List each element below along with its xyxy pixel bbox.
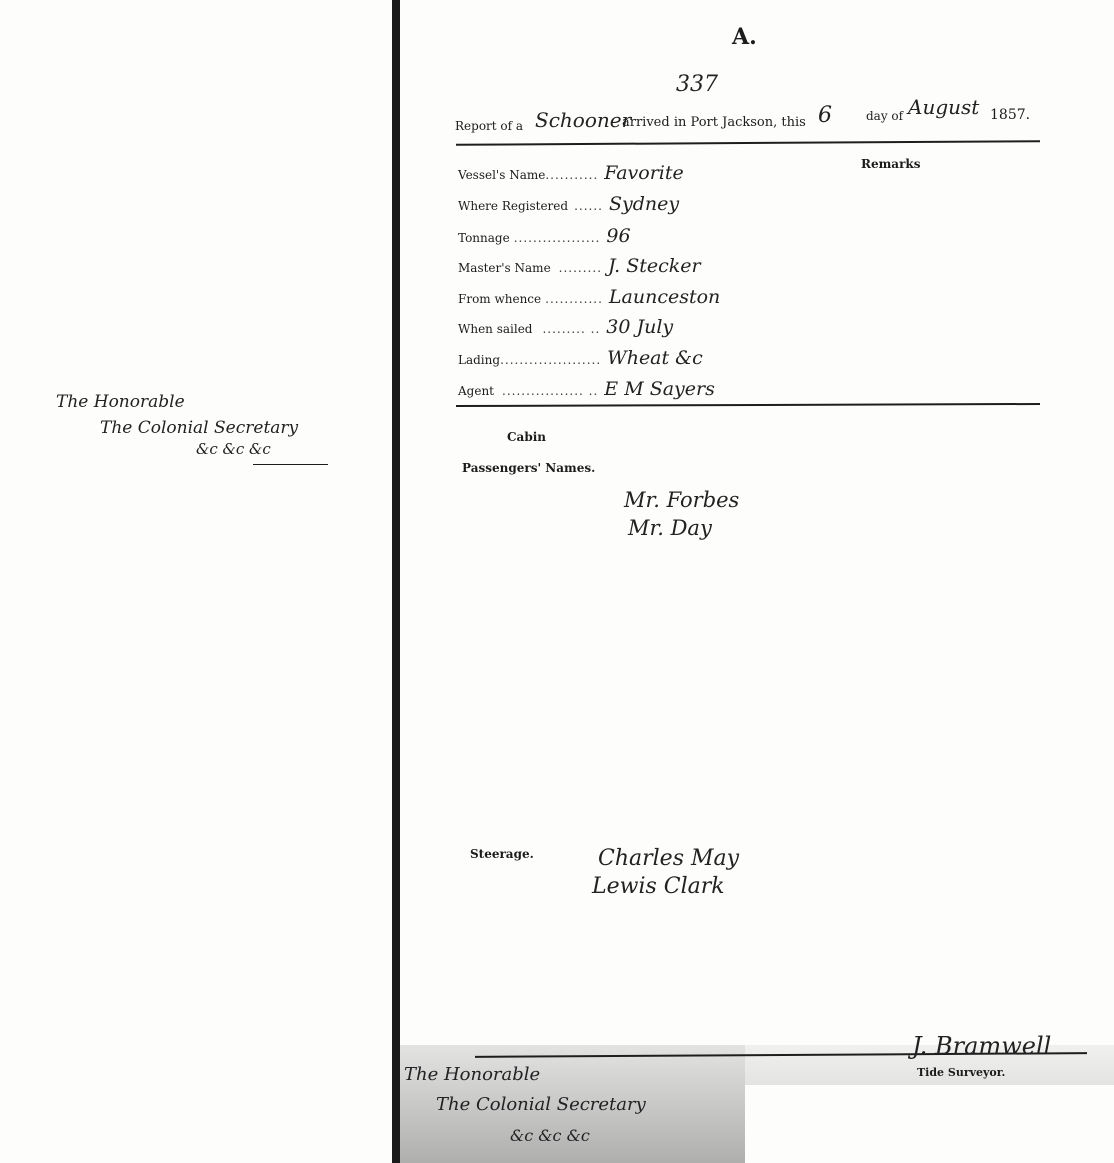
field-from-whence: From whence ............ Launceston [458,286,720,308]
report-day-of: day of [866,109,903,123]
field-masters-name: Master's Name ......... J. Stecker [458,255,701,277]
field-when-sailed: When sailed ......... .. 30 July [458,316,673,338]
bottom-address-line3: &c &c &c [510,1126,590,1145]
bottom-address-line2: The Colonial Secretary [436,1094,646,1115]
entry-number: 337 [676,72,718,97]
bottom-address-line1: The Honorable [404,1064,540,1085]
report-prefix: Report of a [455,119,523,133]
cabin-passenger: Mr. Day [628,516,712,540]
from-whence-value: Launceston [609,286,720,308]
left-address-underline [253,464,328,465]
left-address-line3: &c &c &c [196,440,271,458]
report-day: 6 [818,103,832,128]
left-address-line2: The Colonial Secretary [100,418,298,438]
field-vessel-name: Vessel's Name ........... Favorite [458,162,684,184]
tonnage-value: 96 [606,225,630,247]
header-rule [456,140,1040,146]
masters-name-value: J. Stecker [608,255,701,277]
cabin-passenger: Mr. Forbes [624,488,739,512]
details-rule [456,403,1040,407]
where-registered-value: Sydney [609,193,679,215]
steerage-label: Steerage. [470,847,534,861]
cabin-label: Cabin [507,430,546,444]
lading-value: Wheat &c [607,347,703,369]
field-lading: Lading ..................... Wheat &c [458,347,703,369]
steerage-passenger: Lewis Clark [592,874,725,899]
vessel-type: Schooner [535,108,631,132]
field-agent: Agent ................. .. E M Sayers [458,378,715,400]
report-year: 1857. [990,107,1030,123]
report-month: August [908,95,979,119]
surveyor-title: Tide Surveyor. [917,1066,1005,1079]
when-sailed-value: 30 July [606,316,673,338]
field-tonnage: Tonnage .................. 96 [458,225,631,247]
report-middle: arrived in Port Jackson, this [622,115,806,130]
steerage-passenger: Charles May [598,846,739,871]
agent-value: E M Sayers [604,378,715,400]
page-spine-divider [392,0,400,1163]
surveyor-signature: J. Bramwell [912,1032,1051,1060]
passengers-names-label: Passengers' Names. [462,461,595,475]
left-address-line1: The Honorable [56,392,185,412]
remarks-label: Remarks [861,157,920,171]
vessel-name-value: Favorite [604,162,683,184]
form-heading: A. [732,24,757,50]
field-where-registered: Where Registered ...... Sydney [458,193,679,215]
